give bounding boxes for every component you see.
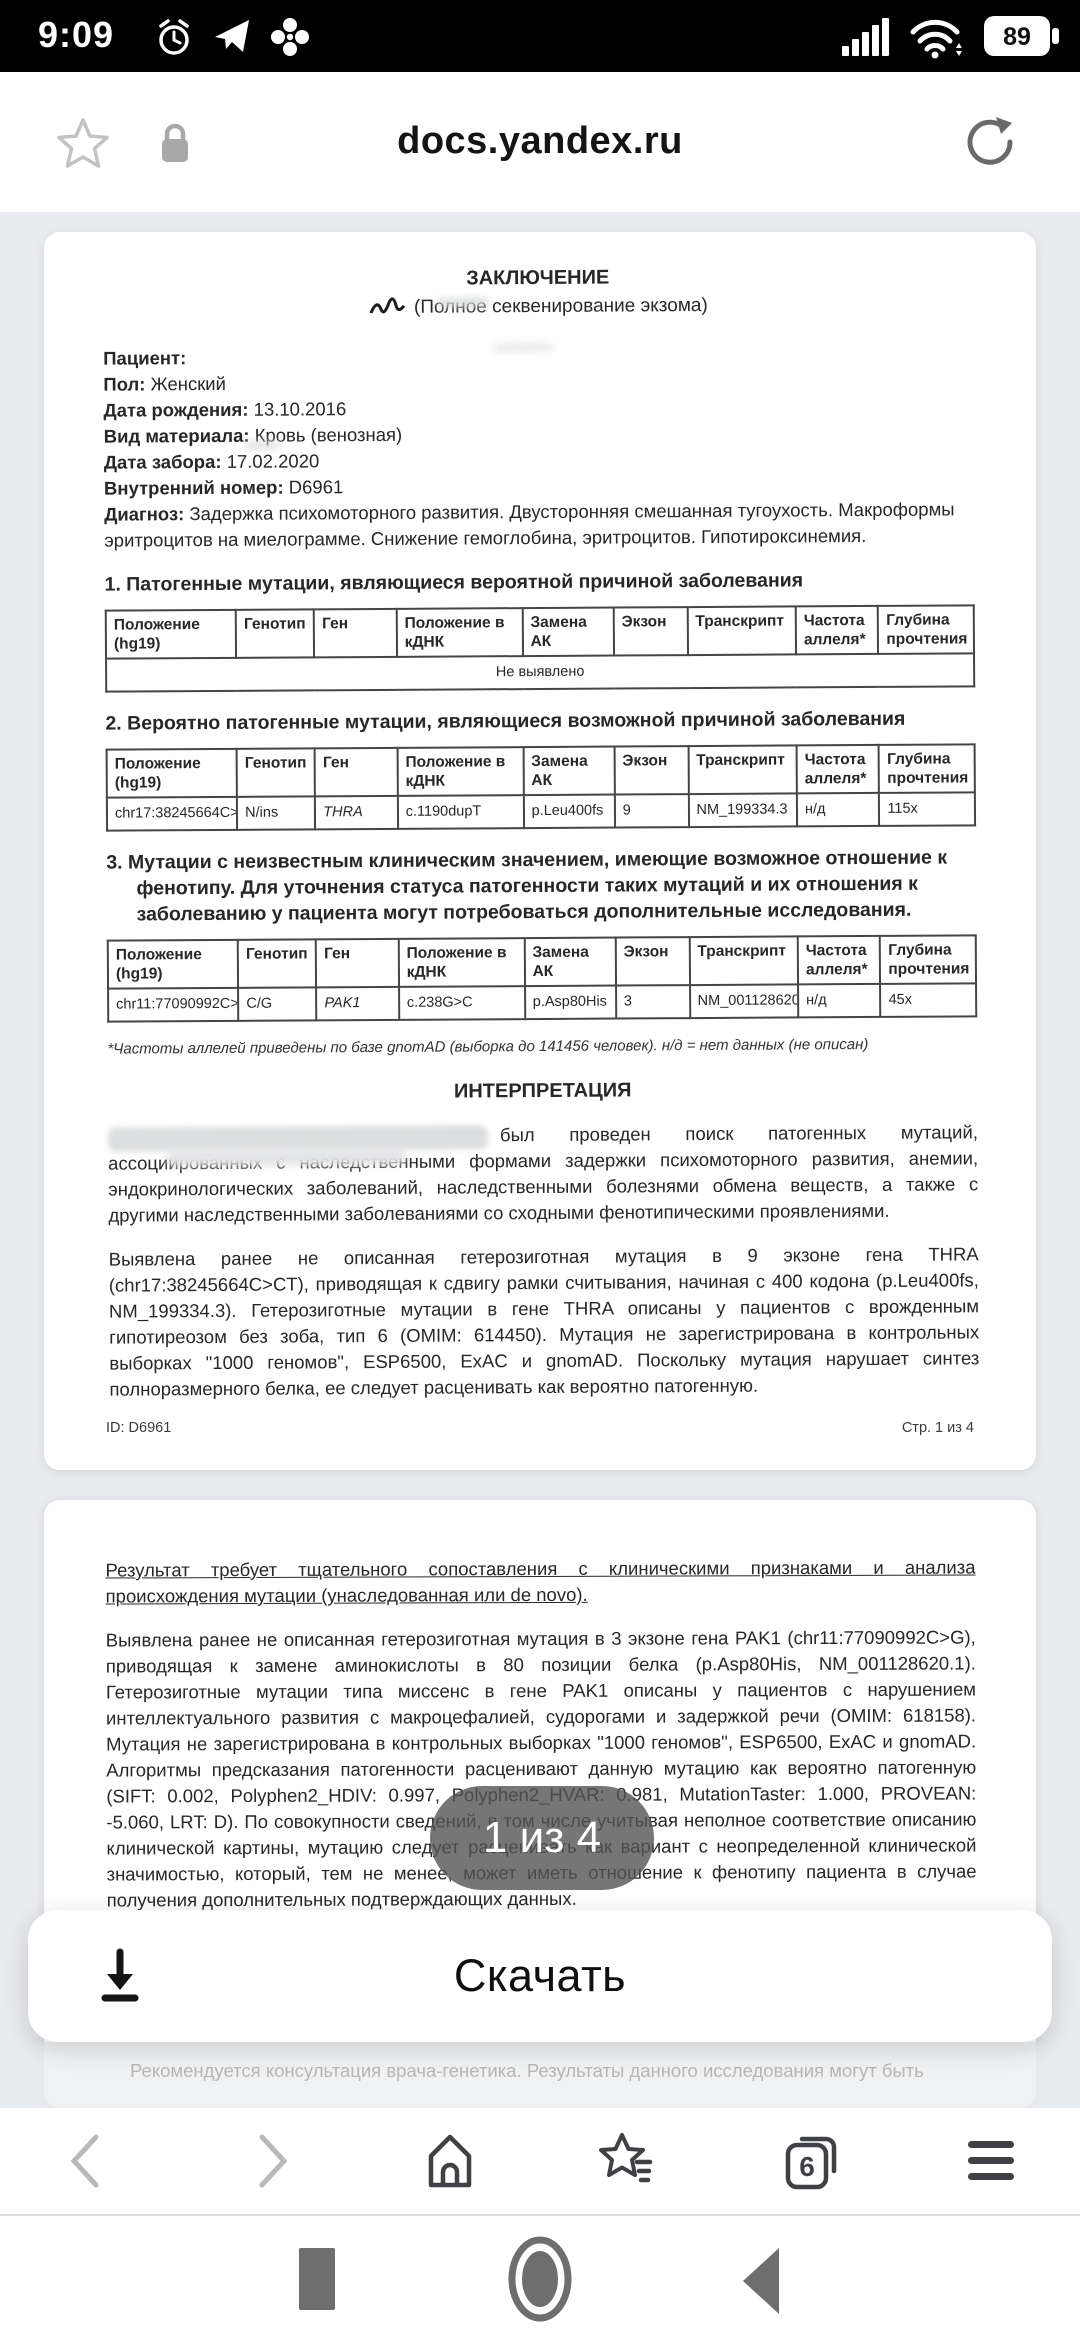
page2-underlined-note: Результат требует тщательного сопоставле…	[105, 1554, 975, 1609]
page-number-label: Стр. 1 из 4	[902, 1420, 974, 1436]
interpretation-paragraph-2: Выявлена ранее не описанная гетерозиготн…	[109, 1241, 980, 1402]
allele-frequency-footnote: *Частоты аллелей приведены по базе gnomA…	[107, 1031, 977, 1061]
refresh-icon[interactable]	[960, 114, 1018, 177]
redacted-name	[246, 441, 280, 450]
status-bar: 9:09 89	[0, 0, 1080, 72]
browser-bottom-nav: 6	[0, 2108, 1080, 2214]
clock-time: 9:09	[38, 14, 114, 56]
telegram-icon	[212, 15, 254, 64]
section2-heading: 2. Вероятно патогенные мутации, являющие…	[105, 705, 975, 736]
download-button-label: Скачать	[454, 1950, 626, 2002]
redaction-smudge	[166, 1149, 406, 1166]
section1-heading: 1. Патогенные мутации, являющиеся вероят…	[104, 566, 974, 597]
home-icon[interactable]	[418, 2129, 482, 2198]
patient-info-block: Пациент: Пол: Женский Дата рождения: 13.…	[103, 340, 974, 553]
page-indicator-toast: 1 из 4	[430, 1786, 654, 1890]
bookmarks-star-icon[interactable]	[596, 2129, 660, 2198]
table-row: chr17:38245664C>CTN/ins THRAc.1190dupT p…	[107, 792, 975, 830]
faded-next-paragraph: Рекомендуется консультация врача-генетик…	[130, 2060, 1000, 2082]
empty-result-cell: Не выявлено	[106, 653, 974, 691]
pathogenic-mutations-table: Положение (hg19)Генотип ГенПоложение в к…	[105, 604, 975, 692]
download-button[interactable]: Скачать	[28, 1910, 1052, 2042]
page1-footer: ID: D6961 Стр. 1 из 4	[106, 1420, 974, 1436]
scan-artifact	[437, 298, 489, 306]
fan-icon	[268, 15, 312, 64]
browser-address-bar: docs.yandex.ru	[0, 72, 1080, 212]
back-button[interactable]	[737, 2244, 783, 2323]
uncertain-significance-table: Положение (hg19)Генотип ГенПоложение в к…	[107, 934, 977, 1022]
back-icon[interactable]	[62, 2129, 110, 2198]
tab-count-label: 6	[799, 2151, 815, 2182]
download-icon	[92, 1948, 148, 2009]
dimmed-strip: Рекомендуется консультация врача-генетик…	[0, 2042, 1080, 2108]
battery-percent-label: 89	[1003, 23, 1031, 51]
interpretation-paragraph-1: был проведен поиск патогенных мутаций, а…	[108, 1119, 979, 1228]
handwritten-scribble	[368, 295, 410, 326]
battery-icon: 89	[982, 14, 1066, 63]
pdf-page-1: ЗАКЛЮЧЕНИЕ (Полное секвенирование экзома…	[44, 232, 1036, 1470]
report-subtitle: (Полное секвенирование экзома)	[103, 291, 973, 327]
forward-icon[interactable]	[248, 2129, 296, 2198]
recents-button[interactable]	[299, 2248, 335, 2310]
wifi-icon	[908, 16, 966, 65]
menu-icon[interactable]	[962, 2129, 1022, 2198]
home-button[interactable]	[506, 2234, 574, 2329]
tabs-icon[interactable]: 6	[778, 2129, 842, 2198]
table-row: chr11:77090992C>GC/G PAK1c.238G>C p.Asp8…	[108, 983, 976, 1021]
likely-pathogenic-table: Положение (hg19)Генотип ГенПоложение в к…	[106, 743, 976, 831]
signal-icon	[842, 18, 896, 63]
section3-heading: 3. Мутации с неизвестным клиническим зна…	[106, 844, 976, 927]
report-title: ЗАКЛЮЧЕНИЕ	[103, 263, 973, 293]
alarm-icon	[152, 15, 196, 64]
redaction-smudge	[108, 1125, 488, 1151]
android-nav-bar	[0, 2214, 1080, 2340]
phone-screen: 9:09 89	[0, 0, 1080, 2340]
interpretation-heading: ИНТЕРПРЕТАЦИЯ	[108, 1076, 978, 1106]
report-id: ID: D6961	[106, 1420, 171, 1436]
address-bar-domain[interactable]: docs.yandex.ru	[0, 120, 1080, 163]
